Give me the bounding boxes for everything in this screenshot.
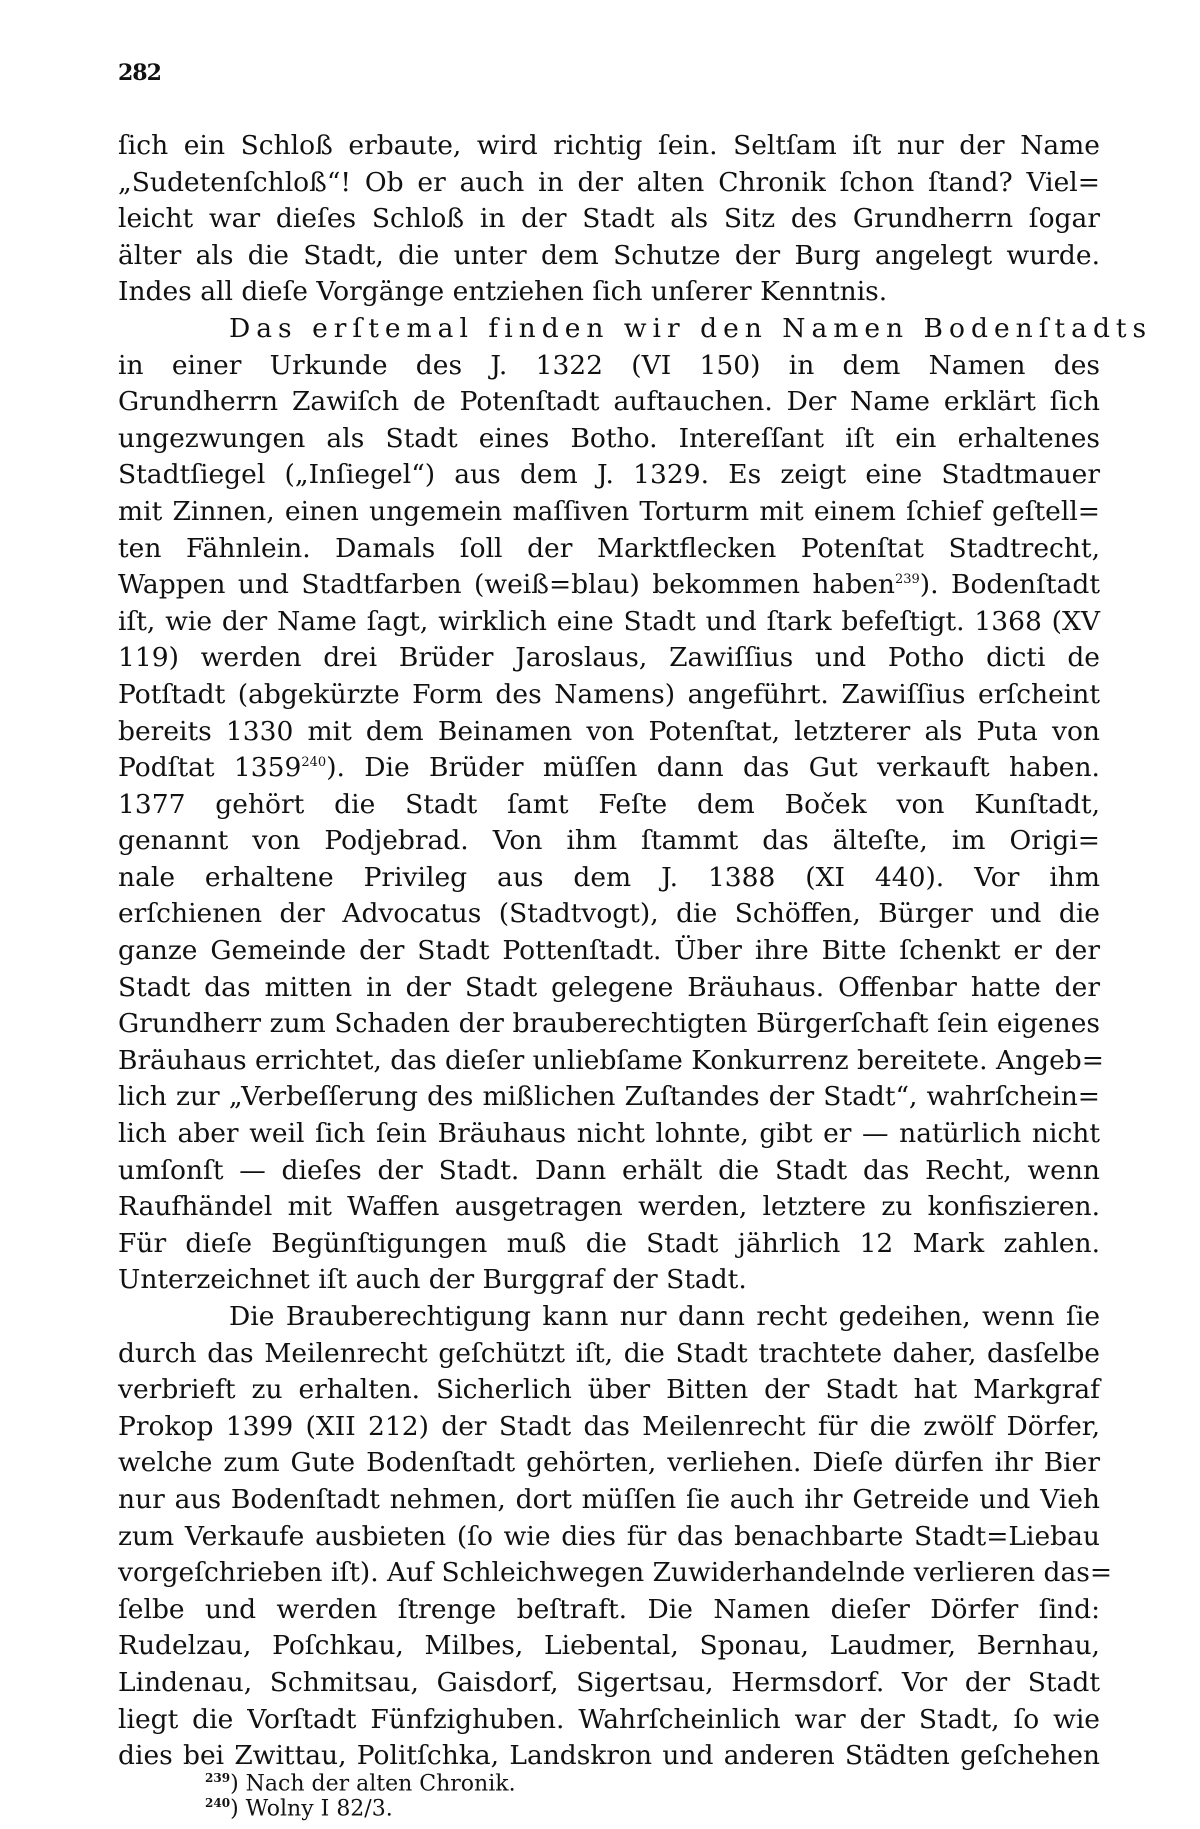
line-text: leicht war dieſes Schloß in der Stadt al… <box>118 203 1100 234</box>
text-line: lich aber weil ſich ſein Bräuhaus nicht … <box>118 1116 1100 1153</box>
text-line: bereits 1330 mit dem Beinamen von Potenſ… <box>118 714 1100 751</box>
line-text: Wappen und Stadtfarben (weiß=blau) bekom… <box>118 569 895 600</box>
line-text: Stadtſiegel („Inſiegel“) aus dem J. 1329… <box>118 459 1100 490</box>
line-text: Die Brauberechtigung kann nur dann recht… <box>229 1301 1100 1332</box>
footnote-mark: 240 <box>205 1796 230 1810</box>
text-line: Die Brauberechtigung kann nur dann recht… <box>118 1299 1100 1336</box>
text-line: verbrieft zu erhalten. Sicherlich über B… <box>118 1372 1100 1409</box>
text-line: durch das Meilenrecht geſchützt iſt, die… <box>118 1336 1100 1373</box>
footnote-text: ) Wolny I 82/3. <box>230 1796 393 1821</box>
line-text: vorgeſchrieben iſt). Auf Schleichwegen Z… <box>118 1557 1112 1588</box>
line-text: Raufhändel mit Waffen ausgetragen werden… <box>118 1191 1100 1222</box>
line-text: Rudelzau, Poſchkau, Milbes, Liebental, S… <box>118 1630 1100 1661</box>
text-line: welche zum Gute Bodenſtadt gehörten, ver… <box>118 1445 1100 1482</box>
text-line: Grundherr zum Schaden der brauberechtigt… <box>118 1006 1100 1043</box>
footnote: 239) Nach der alten Chronik. <box>205 1766 516 1791</box>
line-text: in einer Urkunde des J. 1322 (VI 150) in… <box>118 350 1100 381</box>
footnote-reference: 240 <box>301 755 326 770</box>
line-text: Unterzeichnet iſt auch der Burggraf der … <box>118 1264 747 1295</box>
text-line: 119) werden drei Brüder Jaroslaus, Zawiſ… <box>118 640 1100 677</box>
text-line: zum Verkaufe ausbieten (ſo wie dies für … <box>118 1519 1100 1556</box>
line-text: ungezwungen als Stadt eines Botho. Inter… <box>118 423 1100 454</box>
line-text: Podſtat 1359 <box>118 752 301 783</box>
line-text: lich aber weil ſich ſein Bräuhaus nicht … <box>118 1118 1100 1149</box>
line-text: liegt die Vorſtadt Fünfzighuben. Wahrſch… <box>118 1704 1100 1735</box>
line-text: ganze Gemeinde der Stadt Pottenſtadt. Üb… <box>118 935 1100 966</box>
line-text: umſonſt — dieſes der Stadt. Dann erhält … <box>118 1155 1100 1186</box>
footnote-reference: 239 <box>895 572 920 587</box>
line-text: bereits 1330 mit dem Beinamen von Potenſ… <box>118 716 1100 747</box>
line-text: Grundherr zum Schaden der brauberechtigt… <box>118 1008 1100 1039</box>
text-line: 1377 gehört die Stadt ſamt Feſte dem Boč… <box>118 787 1100 824</box>
text-line: Raufhändel mit Waffen ausgetragen werden… <box>118 1189 1100 1226</box>
text-line: ganze Gemeinde der Stadt Pottenſtadt. Üb… <box>118 933 1100 970</box>
line-text: ſelbe und werden ſtrenge beſtraft. Die N… <box>118 1594 1100 1625</box>
line-text-after: ). Bodenſtadt <box>920 569 1100 600</box>
text-line: Rudelzau, Poſchkau, Milbes, Liebental, S… <box>118 1628 1100 1665</box>
line-text: erſchienen der Advocatus (Stadtvogt), di… <box>118 898 1100 929</box>
line-text: ten Fähnlein. Damals ſoll der Marktfleck… <box>118 533 1100 564</box>
text-line: in einer Urkunde des J. 1322 (VI 150) in… <box>118 348 1100 385</box>
text-line: Bräuhaus errichtet, das dieſer unliebſam… <box>118 1043 1100 1080</box>
line-text: Das erſtemal finden wir den Namen Bodenſ… <box>229 313 1152 344</box>
text-line: nur aus Bodenſtadt nehmen, dort müſſen ſ… <box>118 1482 1100 1519</box>
line-text: „Sudetenſchloß“! Ob er auch in der alten… <box>118 167 1100 198</box>
line-text: Stadt das mitten in der Stadt gelegene B… <box>118 972 1100 1003</box>
line-text: Indes all dieſe Vorgänge entziehen ſich … <box>118 276 887 307</box>
text-line: ten Fähnlein. Damals ſoll der Marktfleck… <box>118 531 1100 568</box>
text-line: Für dieſe Begünſtigungen muß die Stadt j… <box>118 1226 1100 1263</box>
line-text-after: ). Die Brüder müſſen dann das Gut verkau… <box>326 752 1100 783</box>
line-text: mit Zinnen, einen ungemein maſſiven Tort… <box>118 496 1100 527</box>
line-text: ſich ein Schloß erbaute, wird richtig ſe… <box>118 130 1100 161</box>
text-line: Das erſtemal finden wir den Namen Bodenſ… <box>118 311 1100 348</box>
text-line: Podſtat 1359240). Die Brüder müſſen dann… <box>118 750 1100 787</box>
line-text: 1377 gehört die Stadt ſamt Feſte dem Boč… <box>118 789 1100 820</box>
line-text: älter als die Stadt, die unter dem Schut… <box>118 240 1100 271</box>
document-page: 282 ſich ein Schloß erbaute, wird richti… <box>0 0 1200 1829</box>
text-line: nale erhaltene Privileg aus dem J. 1388 … <box>118 860 1100 897</box>
text-line: ſich ein Schloß erbaute, wird richtig ſe… <box>118 128 1100 165</box>
line-text: genannt von Podjebrad. Von ihm ſtammt da… <box>118 825 1100 856</box>
text-line: älter als die Stadt, die unter dem Schut… <box>118 238 1100 275</box>
line-text: nale erhaltene Privileg aus dem J. 1388 … <box>118 862 1100 893</box>
text-line: leicht war dieſes Schloß in der Stadt al… <box>118 201 1100 238</box>
line-text: Lindenau, Schmitsau, Gaisdorf, Sigertsau… <box>118 1667 1100 1698</box>
line-text: nur aus Bodenſtadt nehmen, dort müſſen ſ… <box>118 1484 1100 1515</box>
line-text: Grundherrn Zawiſch de Potenſtadt auftauc… <box>118 386 1100 417</box>
text-line: ſelbe und werden ſtrenge beſtraft. Die N… <box>118 1592 1100 1629</box>
text-line: liegt die Vorſtadt Fünfzighuben. Wahrſch… <box>118 1702 1100 1739</box>
line-text: welche zum Gute Bodenſtadt gehörten, ver… <box>118 1447 1100 1478</box>
page-number: 282 <box>118 60 161 86</box>
line-text: Prokop 1399 (XII 212) der Stadt das Meil… <box>118 1411 1100 1442</box>
text-line: Wappen und Stadtfarben (weiß=blau) bekom… <box>118 567 1100 604</box>
text-line: lich zur „Verbeſſerung des mißlichen Zuſ… <box>118 1079 1100 1116</box>
line-text: lich zur „Verbeſſerung des mißlichen Zuſ… <box>118 1081 1100 1112</box>
footnote-mark: 239 <box>205 1771 230 1785</box>
line-text: durch das Meilenrecht geſchützt iſt, die… <box>118 1338 1100 1369</box>
text-line: Indes all dieſe Vorgänge entziehen ſich … <box>118 274 1100 311</box>
line-text: 119) werden drei Brüder Jaroslaus, Zawiſ… <box>118 642 1100 673</box>
line-text: iſt, wie der Name ſagt, wirklich eine St… <box>118 606 1100 637</box>
text-line: iſt, wie der Name ſagt, wirklich eine St… <box>118 604 1100 641</box>
footnotes: 239) Nach der alten Chronik.240) Wolny I… <box>205 1766 516 1816</box>
line-text: Bräuhaus errichtet, das dieſer unliebſam… <box>118 1045 1104 1076</box>
text-line: genannt von Podjebrad. Von ihm ſtammt da… <box>118 823 1100 860</box>
text-line: „Sudetenſchloß“! Ob er auch in der alten… <box>118 165 1100 202</box>
text-line: Potſtadt (abgekürzte Form des Namens) an… <box>118 677 1100 714</box>
text-line: erſchienen der Advocatus (Stadtvogt), di… <box>118 896 1100 933</box>
text-line: Lindenau, Schmitsau, Gaisdorf, Sigertsau… <box>118 1665 1100 1702</box>
text-line: vorgeſchrieben iſt). Auf Schleichwegen Z… <box>118 1555 1100 1592</box>
text-line: Stadt das mitten in der Stadt gelegene B… <box>118 970 1100 1007</box>
text-line: ungezwungen als Stadt eines Botho. Inter… <box>118 421 1100 458</box>
text-line: Unterzeichnet iſt auch der Burggraf der … <box>118 1262 1100 1299</box>
line-text: Für dieſe Begünſtigungen muß die Stadt j… <box>118 1228 1100 1259</box>
text-line: Grundherrn Zawiſch de Potenſtadt auftauc… <box>118 384 1100 421</box>
text-line: Prokop 1399 (XII 212) der Stadt das Meil… <box>118 1409 1100 1446</box>
text-line: umſonſt — dieſes der Stadt. Dann erhält … <box>118 1153 1100 1190</box>
line-text: verbrieft zu erhalten. Sicherlich über B… <box>118 1374 1100 1405</box>
body-text: ſich ein Schloß erbaute, wird richtig ſe… <box>118 128 1100 1775</box>
text-line: mit Zinnen, einen ungemein maſſiven Tort… <box>118 494 1100 531</box>
line-text: Potſtadt (abgekürzte Form des Namens) an… <box>118 679 1100 710</box>
text-line: Stadtſiegel („Inſiegel“) aus dem J. 1329… <box>118 457 1100 494</box>
line-text: zum Verkaufe ausbieten (ſo wie dies für … <box>118 1521 1100 1552</box>
